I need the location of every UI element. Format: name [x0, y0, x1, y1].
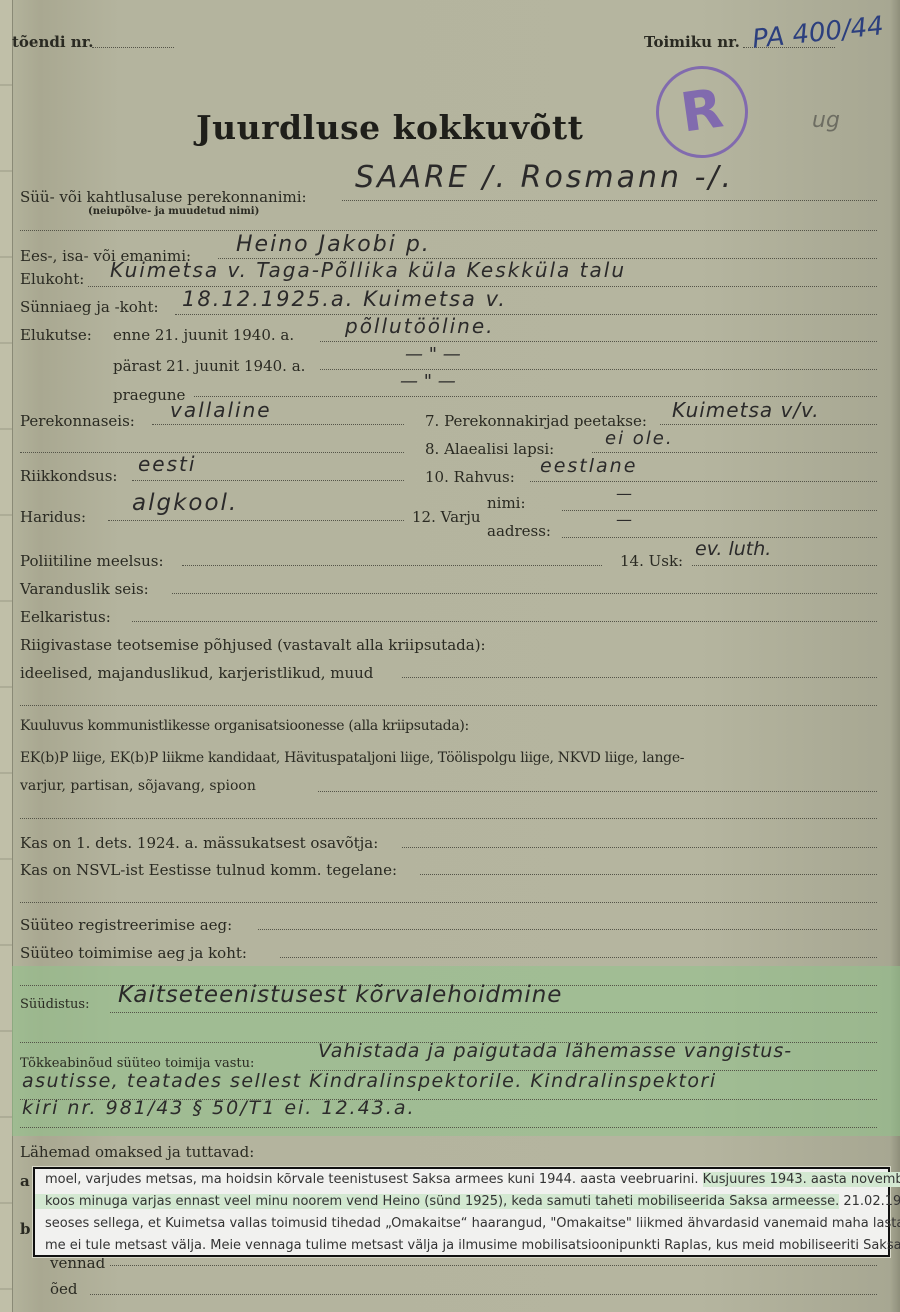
citizenship-label: Riikkondsus: — [20, 467, 117, 485]
surname-line — [342, 200, 877, 201]
property-label: Varanduslik seis: — [20, 580, 149, 598]
preventive-value-3: kiri nr. 981/43 § 50/T1 ei. 12.43.a. — [22, 1097, 416, 1119]
prior-conviction-line — [132, 621, 877, 622]
crime-time-place-label: Süüteo toimimise aeg ja koht: — [20, 944, 247, 962]
document-page: tõendi nr. Toimiku nr. PA 400/44 R ug Ju… — [0, 0, 900, 1312]
brothers-line — [110, 1265, 877, 1266]
political-line — [182, 565, 602, 566]
motives-line — [402, 677, 877, 678]
political-label: Poliitiline meelsus: — [20, 552, 164, 570]
communist-label: Kuuluvus kommunistlikesse organisatsioon… — [20, 718, 469, 734]
blank-line — [20, 452, 404, 453]
religion-label: 14. Usk: — [620, 552, 683, 570]
translation-tooltip: moel, varjudes metsas, ma hoidsin kõrval… — [33, 1167, 890, 1257]
education-label: Haridus: — [20, 508, 86, 526]
education-line — [108, 520, 404, 521]
ussr-line-2 — [20, 902, 877, 903]
relatives-a-label: a — [20, 1172, 30, 1190]
ussr-line — [420, 874, 877, 875]
charge-label: Süüdistus: — [20, 997, 89, 1012]
charge-line — [110, 1012, 877, 1013]
communist-line-2 — [20, 818, 877, 819]
motives-label: Riigivastase teotsemise põhjused (vastav… — [20, 636, 486, 654]
alias-name-value: — — [616, 484, 632, 503]
uprising-label: Kas on 1. dets. 1924. a. mässukatsest os… — [20, 834, 378, 852]
minors-line — [592, 452, 877, 453]
alias-address-label: aadress: — [487, 522, 551, 540]
first-name-value: Heino Jakobi p. — [236, 232, 431, 257]
residence-value: Kuimetsa v. Taga-Põllika küla Keskküla t… — [110, 258, 626, 282]
nationality-label: 10. Rahvus: — [425, 468, 515, 486]
surname-line-2 — [20, 230, 877, 231]
birth-line — [175, 314, 877, 315]
charge-value: Kaitseteenistusest kõrvalehoidmine — [118, 982, 562, 1008]
motives-options: ideelised, majanduslikud, karjeristlikud… — [20, 664, 373, 682]
preventive-value-2: asutisse, teatades sellest Kindralinspek… — [22, 1070, 717, 1092]
alias-name-line — [562, 510, 877, 511]
occupation-current-value: — " — — [400, 371, 456, 392]
crime-registration-label: Süüteo registreerimise aeg: — [20, 916, 232, 934]
minors-label: 8. Alaealisi lapsi: — [425, 440, 554, 458]
records-line — [660, 424, 877, 425]
occupation-label: Elukutse: — [20, 326, 92, 344]
nationality-line — [530, 481, 877, 482]
marital-label: Perekonnaseis: — [20, 412, 135, 430]
communist-options-2: varjur, partisan, sõjavang, spioon — [20, 778, 256, 794]
motives-line-2 — [20, 705, 877, 706]
occupation-current-line — [194, 396, 877, 397]
ussr-label: Kas on NSVL-ist Eestisse tulnud komm. te… — [20, 861, 397, 879]
document-title: Juurdluse kokkuvõtt — [196, 108, 583, 147]
tooltip-line-1: moel, varjudes metsas, ma hoidsin kõrval… — [45, 1169, 888, 1191]
birth-value: 18.12.1925.a. Kuimetsa v. — [182, 287, 507, 311]
marital-line — [152, 424, 404, 425]
occupation-after-value: — " — — [405, 344, 461, 365]
surname-value: SAARE /. Rosmann -/. — [355, 160, 734, 195]
uprising-line — [402, 847, 877, 848]
occupation-before-value: põllutööline. — [345, 314, 495, 338]
occupation-before-line — [320, 341, 877, 342]
case-number-value: PA 400/44 — [751, 11, 885, 55]
preventive-label: Tõkkeabinõud süüteo toimija vastu: — [20, 1056, 254, 1071]
tooltip-line-4: me ei tule metsast välja. Meie vennaga t… — [45, 1235, 888, 1257]
religion-line — [692, 565, 877, 566]
crime-registration-line — [258, 929, 877, 930]
alias-label: 12. Varju — [412, 508, 481, 526]
marital-value: vallaline — [170, 398, 272, 422]
residence-label: Elukoht: — [20, 270, 84, 288]
preventive-value-1: Vahistada ja paigutada lähemasse vangist… — [318, 1040, 792, 1062]
relatives-b-label: b — [20, 1220, 31, 1238]
crime-time-place-line — [280, 957, 877, 958]
tooltip-line-3: seoses sellega, et Kuimetsa vallas toimu… — [45, 1213, 888, 1235]
margin-note: ug — [812, 108, 840, 133]
nationality-value: eestlane — [540, 455, 637, 477]
alias-address-value: — — [616, 510, 632, 529]
communist-options-1: EK(b)P liige, EK(b)P liikme kandidaat, H… — [20, 750, 684, 766]
occupation-after-label: pärast 21. juunit 1940. a. — [113, 357, 305, 375]
citizenship-value: eesti — [138, 452, 196, 476]
birth-label: Sünniaeg ja -koht: — [20, 298, 159, 316]
occupation-before-label: enne 21. juunit 1940. a. — [113, 326, 294, 344]
tooltip-line-2: koos minuga varjas ennast veel minu noor… — [45, 1191, 888, 1213]
minors-value: ei ole. — [605, 428, 674, 449]
sisters-line — [90, 1294, 877, 1295]
surname-label: Süü- või kahtlusaluse perekonnanimi: — [20, 188, 307, 206]
certificate-label: tõendi nr. — [12, 33, 93, 51]
communist-line — [318, 791, 877, 792]
records-value: Kuimetsa v/v. — [672, 398, 820, 422]
alias-name-label: nimi: — [487, 494, 526, 512]
r-stamp-icon: R — [650, 60, 754, 164]
education-value: algkool. — [132, 490, 238, 516]
property-line — [172, 593, 877, 594]
preventive-line-3 — [20, 1127, 877, 1128]
citizenship-line — [132, 480, 404, 481]
certificate-line — [92, 47, 174, 48]
surname-sublabel: (neiupõlve- ja muudetud nimi) — [88, 206, 259, 217]
occupation-after-line — [320, 369, 877, 370]
sisters-label: õed — [50, 1280, 78, 1298]
prior-conviction-label: Eelkaristus: — [20, 608, 111, 626]
religion-value: ev. luth. — [695, 538, 771, 560]
case-number-label: Toimiku nr. — [644, 33, 740, 51]
relatives-label: Lähemad omaksed ja tuttavad: — [20, 1143, 254, 1161]
